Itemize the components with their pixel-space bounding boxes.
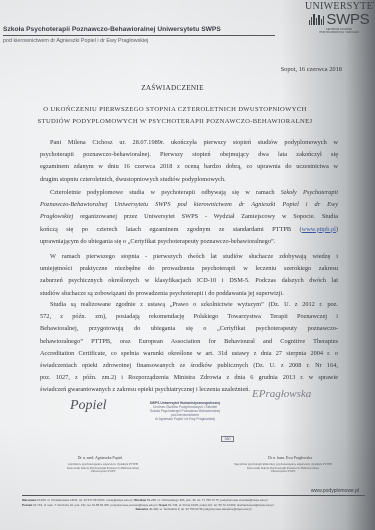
paragraph-2: Czteroletnie podyplomowe studia w psycho… bbox=[40, 187, 338, 248]
p3-line-3: zaburzeń psychicznych określonych w klas… bbox=[40, 275, 338, 287]
p2-line-3: Pragłowskiej organizowanej przez Uniwers… bbox=[40, 211, 338, 223]
website-link[interactable]: www.podyplomowe.pl bbox=[311, 488, 359, 494]
p2-line-2: Poznawczo-Behawioralnej Uniwersytetu SWP… bbox=[40, 199, 338, 211]
signer-name-left: Dr n. med. Agnieszka Popiel bbox=[60, 456, 140, 460]
p2-line-1: Czteroletnie podyplomowe studia w psycho… bbox=[40, 187, 338, 199]
paragraph-3: W ramach pierwszego stopnia - pierwszych… bbox=[40, 251, 338, 300]
stamp-line-5: dr Agnieszki Popiel i dr Ewy Pragłowskie… bbox=[130, 417, 240, 421]
p4-line-6: świadczeniach opieki zdrowotnej finansow… bbox=[40, 360, 338, 372]
school-name: Szkoła Psychoterapii Poznawczo-Behawiora… bbox=[3, 26, 221, 33]
header-divider bbox=[3, 35, 275, 36]
signer-desc-left-3: Uniwersytetu SWPS bbox=[48, 470, 158, 474]
p1-line-2: psychoterapii poznawczo-behawioralnej. P… bbox=[40, 149, 338, 161]
paragraph-4: Studia są realizowane zgodnie z ustawą „… bbox=[40, 299, 338, 397]
document-title: ZAŚWIADCZENIE bbox=[0, 84, 345, 92]
p2-line-3-text: organizowanej przez Uniwersytet SWPS - W… bbox=[73, 213, 338, 220]
p1-line-3: egzaminem zdanym w dniu 16 czerwca 2018 … bbox=[40, 161, 338, 173]
signer-name-right: Dr n. hum. Ewa Pragłowska bbox=[250, 456, 330, 460]
document-subtitle-line-1: O UKOŃCZENIU PIERWSZEGO STOPNIA CZTEROLE… bbox=[10, 104, 340, 116]
footer-city-warszawa: Warszawa bbox=[22, 498, 36, 502]
pttpb-link[interactable]: www.pttpb.pl bbox=[302, 226, 336, 233]
p2-line-4-text: kończą się po czterech latach egzaminem … bbox=[40, 226, 302, 233]
footer-divider bbox=[22, 495, 365, 496]
footer-city-wroclaw: Wrocław bbox=[134, 498, 146, 502]
p4-line-7: poz. 1027, z późn. zm.2) i Rozporządzeni… bbox=[40, 372, 338, 384]
school-subtitle: pod kierownictwem dr Agnieszki Popiel i … bbox=[3, 38, 148, 44]
p3-line-4: studiów słuchacze są zobowiązani do prow… bbox=[40, 288, 338, 300]
p2-line-1-text: Czteroletnie podyplomowe studia w psycho… bbox=[50, 189, 281, 196]
p4-line-5: Accreditation Certificate, co spełnia wa… bbox=[40, 348, 338, 360]
footer-address-katowice: 40-326, ul. Techników 9, tel. 32 750 63 … bbox=[148, 507, 251, 511]
document-subtitle-line-2: STUDIÓW PODYPLOMOWYCH W PSYCHOTERAPII PO… bbox=[10, 116, 340, 128]
stamp-number: 380 bbox=[221, 436, 234, 442]
p1-line-1: Pani Milena Cichosz ur. 28.07.1989r. uko… bbox=[40, 137, 338, 149]
p3-line-1: W ramach pierwszego stopnia - pierwszych… bbox=[40, 251, 338, 263]
footer-address-wroclaw: 53-238, ul. Ostrowskiego 30b, pok. 32, t… bbox=[146, 498, 268, 502]
signature-popiel: Popiel bbox=[70, 398, 107, 414]
certificate-page: Szkoła Psychoterapii Poznawczo-Behawiora… bbox=[0, 0, 375, 530]
p2-line-1-italic: Szkoły Psychoterapii bbox=[281, 189, 338, 196]
p2-line-3-italic: Pragłowskiej bbox=[40, 213, 73, 220]
footer-address-poznan: 61-719, ul. Gen. T. Kutrzeby 10, pok. 13… bbox=[32, 503, 159, 507]
signer-desc-right: Specjalista psychologii klinicznej, psyc… bbox=[218, 463, 348, 474]
logo-swps-text: SWPS bbox=[326, 13, 369, 26]
logo-main: SWPS bbox=[305, 13, 373, 26]
footer-address-sopot: 81-745, ul. Polna 16/20, pokój 121, tel.… bbox=[167, 503, 273, 507]
signature-praglowska: EPragłowska bbox=[252, 388, 311, 400]
institution-stamp: SWPS Uniwersytet Humanistycznospołeczny … bbox=[130, 401, 240, 421]
footer-city-katowice: Katowice bbox=[136, 507, 149, 511]
p4-line-1: Studia są realizowane zgodnie z ustawą „… bbox=[40, 299, 338, 311]
signer-desc-right-3: Uniwersytetu SWPS bbox=[218, 470, 348, 474]
p1-line-4: drugim stopniu czteroletnich, dwustopnio… bbox=[40, 174, 338, 186]
signer-desc-left: psychiatra, psychoterapeuta, superwizor … bbox=[48, 463, 158, 474]
p2-line-4: kończą się po czterech latach egzaminem … bbox=[40, 224, 338, 236]
issue-date: Sopot, 16 czerwca 2018 bbox=[281, 66, 342, 73]
p4-line-3: Behawioralnej, przygotowują do ubiegania… bbox=[40, 323, 338, 335]
logo-sub-2: PODYPLOMOWYCH I SZKOLEŃ bbox=[305, 31, 373, 34]
logo-bars-icon bbox=[309, 14, 325, 25]
footer-line-3: Katowice 40-326, ul. Techników 9, tel. 3… bbox=[22, 507, 365, 511]
p2-line-5: uprawniającym do ubiegania się o „Certyf… bbox=[40, 236, 338, 248]
footer-address-warszawa: 03-815, ul. Chodakowska 19/31, tel. 22 5… bbox=[36, 498, 134, 502]
p2-line-4-close: ) bbox=[336, 226, 338, 233]
p4-line-2: 572, z późn. zm), posiadają rekomendację… bbox=[40, 311, 338, 323]
p3-line-2: umiejętności praktyczne niezbędne do pro… bbox=[40, 263, 338, 275]
footer-city-poznan: Poznań bbox=[22, 503, 32, 507]
p4-line-4: behawioralnego” PTTPB, oraz European Ass… bbox=[40, 336, 338, 348]
paragraph-1: Pani Milena Cichosz ur. 28.07.1989r. uko… bbox=[40, 137, 338, 186]
swps-logo: UNIWERSYTET SWPS CENTRUM STUDIÓW PODYPLO… bbox=[305, 2, 373, 34]
